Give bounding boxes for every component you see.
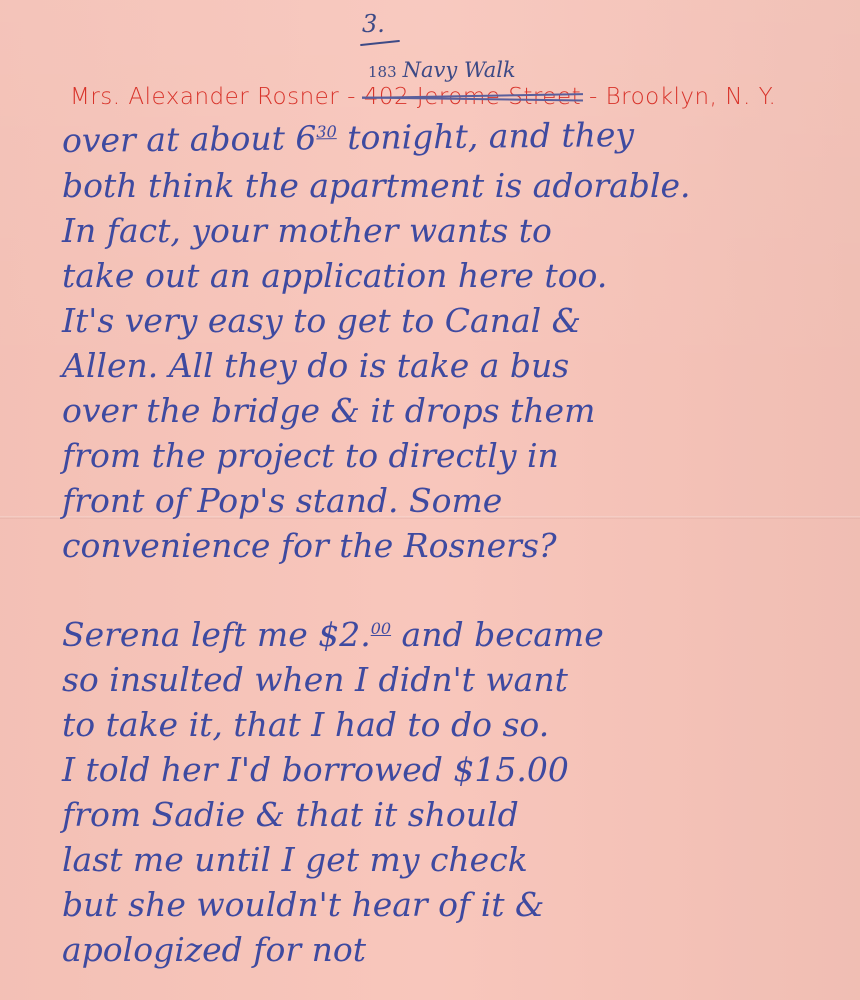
letter-body: over at about 630 tonight, and they both… — [62, 118, 852, 972]
body-line: from the project to directly in — [62, 433, 852, 478]
body-line: to take it, that I had to do so. — [62, 702, 852, 747]
page-number: 3. — [362, 10, 385, 38]
body-line: last me until I get my check — [62, 837, 852, 882]
paragraph-gap — [62, 568, 852, 612]
body-line: I told her I'd borrowed $15.00 — [62, 747, 852, 792]
letterhead-name: Mrs. Alexander Rosner — [70, 84, 339, 110]
letterhead-separator: - — [347, 84, 356, 110]
body-line: front of Pop's stand. Some — [62, 478, 852, 523]
body-line: convenience for the Rosners? — [62, 523, 852, 568]
body-line: over at about 630 tonight, and they — [62, 110, 852, 163]
address-number: 183 — [368, 63, 397, 81]
body-line: Serena left me $2.00 and became — [62, 612, 852, 657]
body-line: Allen. All they do is take a bus — [62, 343, 852, 388]
body-line: In fact, your mother wants to — [62, 208, 852, 253]
letterhead-city: Brooklyn, N. Y. — [606, 84, 777, 110]
handwritten-address-correction: 183Navy Walk — [368, 58, 516, 82]
address-street: Navy Walk — [403, 58, 516, 82]
body-line: but she wouldn't hear of it & — [62, 882, 852, 927]
body-line: take out an application here too. — [62, 253, 852, 298]
letterhead-separator: - — [589, 84, 598, 110]
body-line: from Sadie & that it should — [62, 792, 852, 837]
letterhead: Mrs. Alexander Rosner - 402 Jerome Stree… — [70, 84, 776, 110]
body-line: It's very easy to get to Canal & — [62, 298, 852, 343]
body-line: over the bridge & it drops them — [62, 388, 852, 433]
struck-out-address: 402 Jerome Street — [364, 84, 581, 110]
body-line: both think the apartment is adorable. — [62, 163, 852, 208]
body-line: so insulted when I didn't want — [62, 657, 852, 702]
body-line: apologized for not — [62, 927, 852, 972]
